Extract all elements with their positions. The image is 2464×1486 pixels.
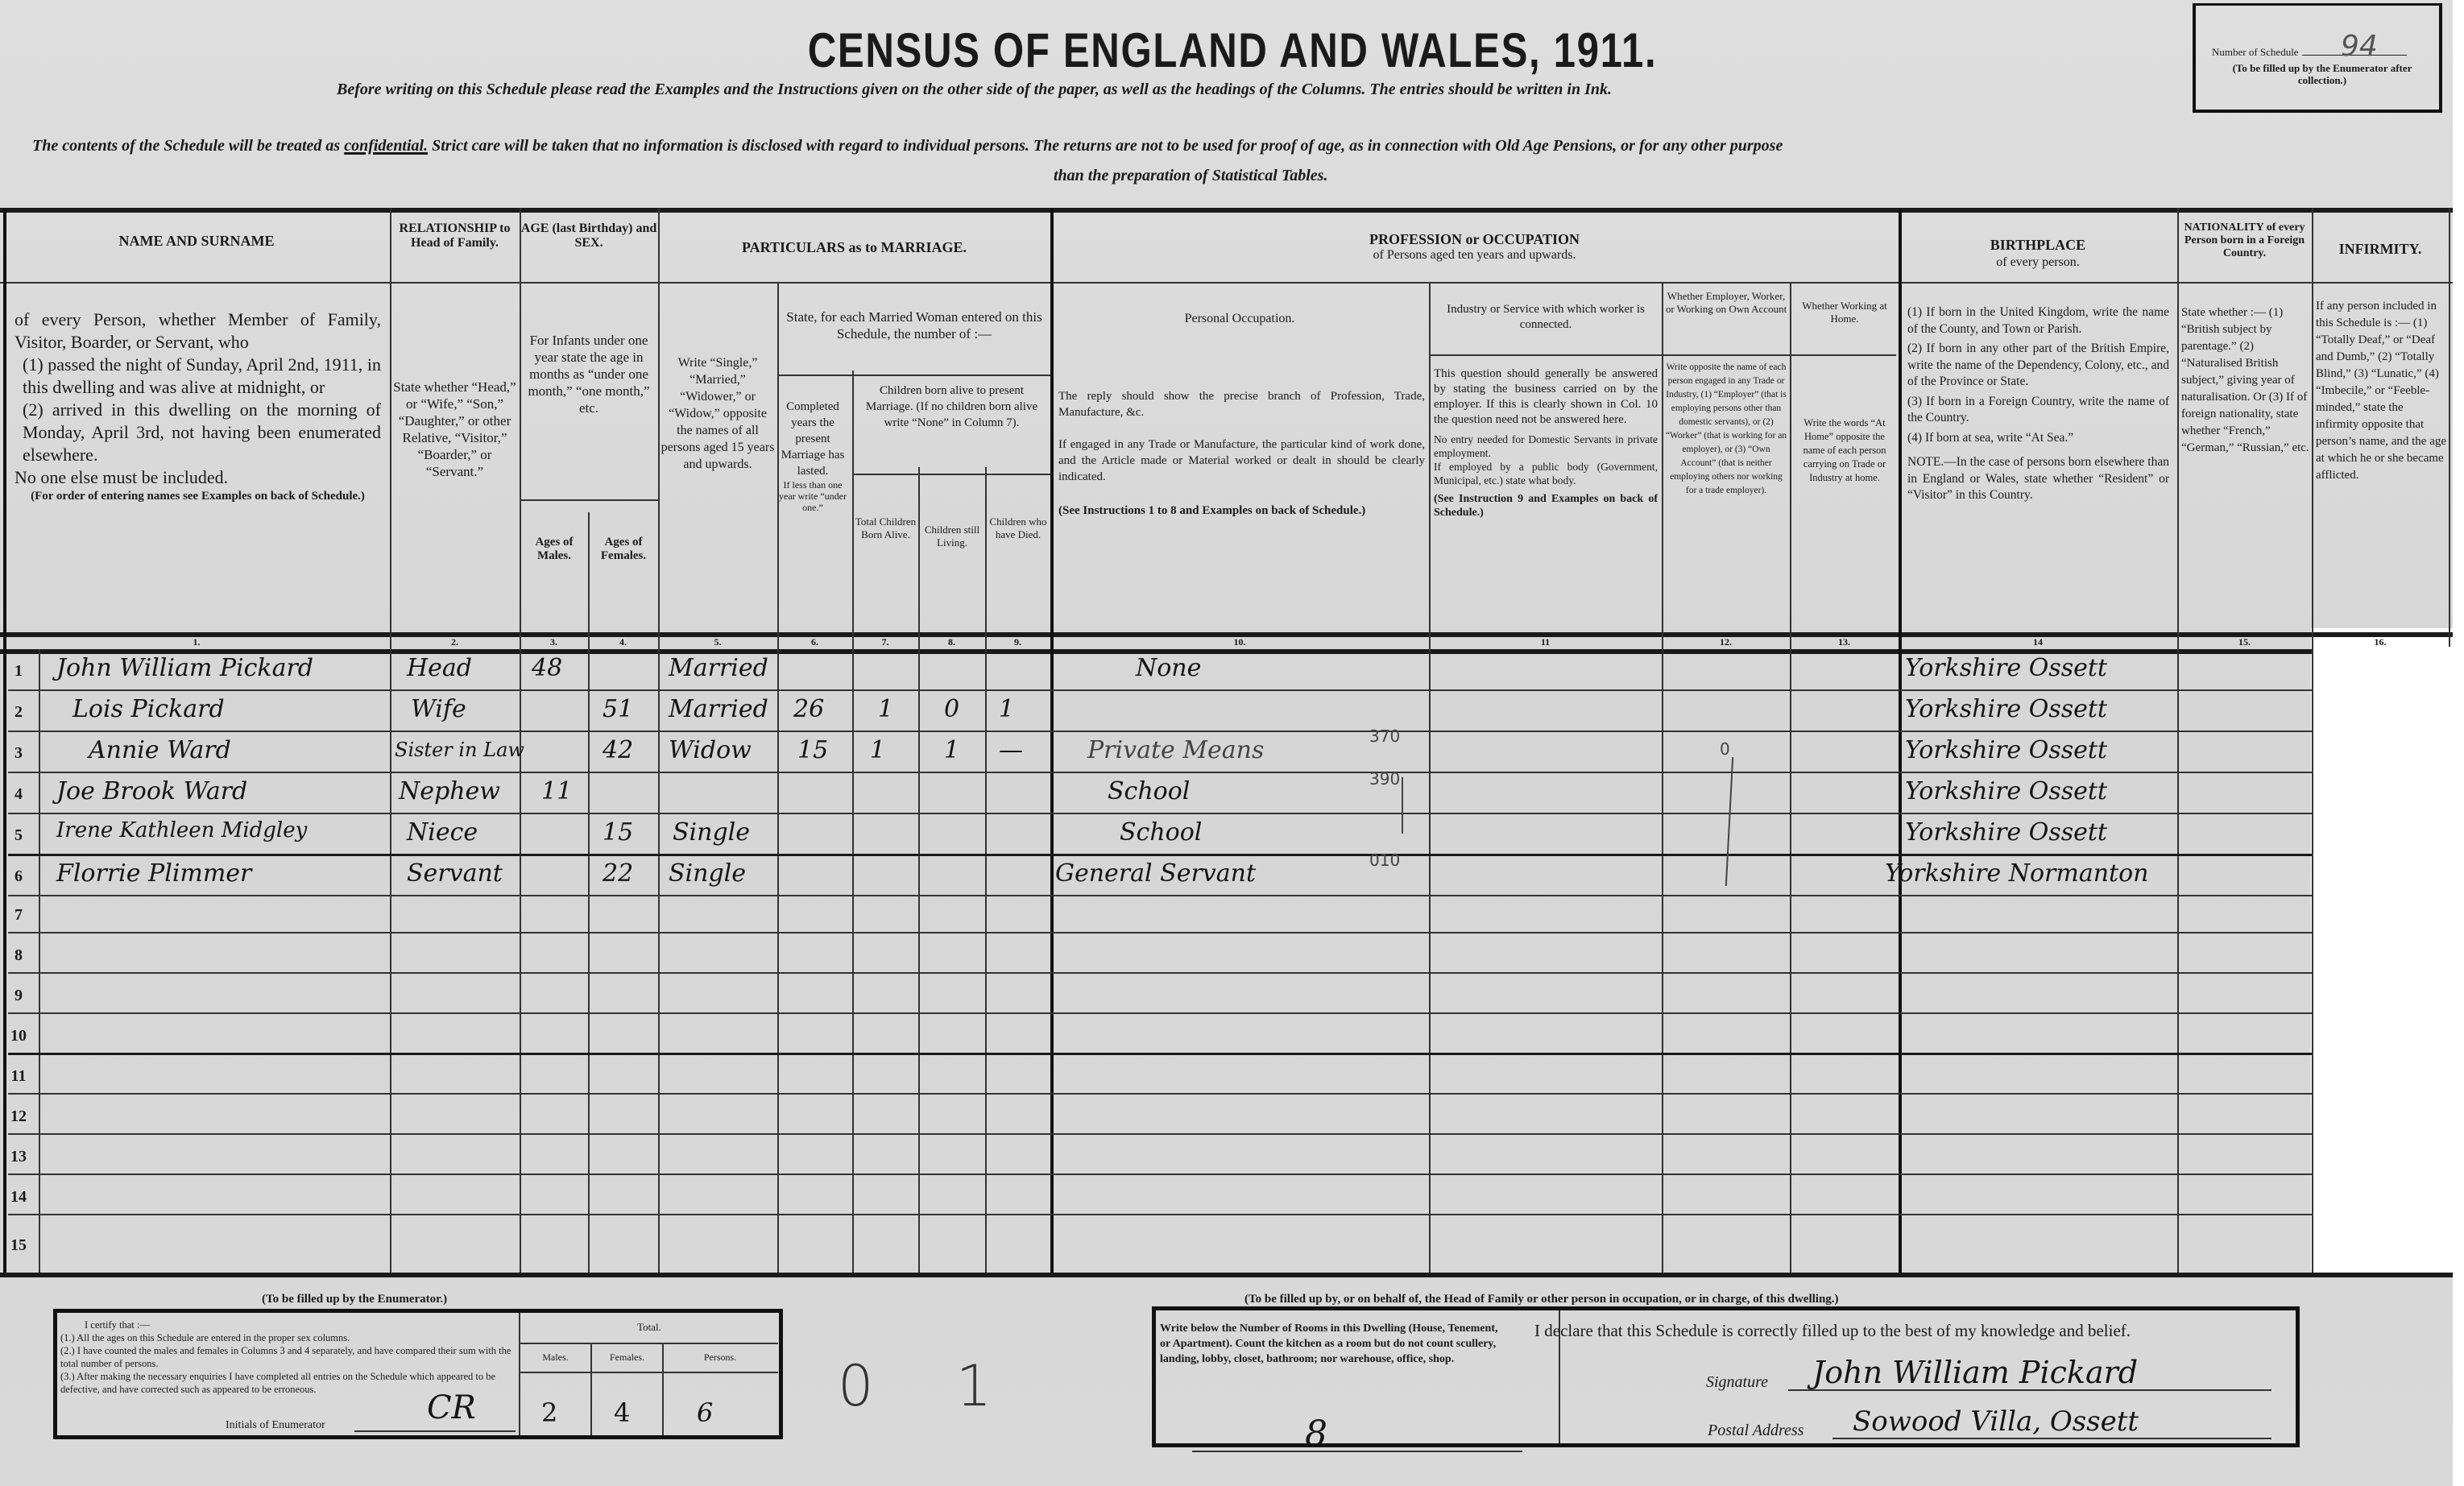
- confidential-line: The contents of the Schedule will be tre…: [32, 137, 1783, 155]
- row-rule: [8, 895, 2312, 896]
- row-rule: [8, 1093, 2312, 1095]
- total-females[interactable]: 4: [614, 1397, 630, 1428]
- marriage-sub-rule: [777, 375, 1050, 376]
- header-marriage: PARTICULARS as to MARRIAGE.: [658, 240, 1050, 255]
- enumerator-mark: [1402, 777, 1403, 834]
- right-border: [2449, 208, 2450, 647]
- total-persons[interactable]: 6: [697, 1397, 713, 1428]
- cell-age-female[interactable]: 51: [603, 695, 633, 723]
- column-number: 13.: [1790, 636, 1899, 648]
- column-number: 7.: [852, 636, 918, 648]
- row-number: 13: [6, 1148, 31, 1166]
- subheader-birthplace: of every person.: [1899, 255, 2177, 270]
- header-name: NAME AND SURNAME: [3, 234, 390, 248]
- cell-relationship[interactable]: Sister in Law: [395, 739, 524, 761]
- cell-marriage-years[interactable]: 26: [793, 695, 824, 723]
- cell-relationship[interactable]: Niece: [407, 818, 478, 846]
- column-number: 10.: [1050, 636, 1429, 648]
- cell-name[interactable]: Lois Pickard: [72, 695, 225, 723]
- industry-instructions: This question should generally be answer…: [1434, 366, 1658, 519]
- postal-address-label: Postal Address: [1708, 1422, 1803, 1440]
- nationality-instructions: State whether :— (1) “British subject by…: [2181, 304, 2310, 457]
- row-rule: [8, 731, 2312, 732]
- cell-name[interactable]: Florrie Plimmer: [56, 859, 251, 888]
- column-number: 15.: [2177, 636, 2312, 648]
- postal-address-value[interactable]: Sowood Villa, Ossett: [1853, 1405, 2139, 1438]
- row-number: 10: [6, 1027, 31, 1045]
- header-birthplace: BIRTHPLACE: [1899, 238, 2177, 252]
- col-divider: [985, 467, 987, 1275]
- cell-marriage-years[interactable]: 15: [797, 736, 828, 764]
- name-instructions: of every Person, whether Member of Famil…: [14, 308, 381, 503]
- row-rule: [8, 1214, 2312, 1215]
- row-number: 1: [6, 662, 31, 681]
- col-divider: [2312, 208, 2313, 1275]
- cell-age-female[interactable]: 22: [603, 859, 633, 888]
- totals-rule: [520, 1343, 778, 1344]
- cell-relationship[interactable]: Wife: [411, 695, 466, 723]
- cell-birthplace[interactable]: Yorkshire Ossett: [1905, 695, 2107, 723]
- marriage-years-label: Completed years the present Marriage has…: [774, 399, 851, 513]
- personal-occupation-label: Personal Occupation.: [1050, 310, 1429, 327]
- total-males[interactable]: 2: [541, 1397, 557, 1428]
- col-divider: [390, 208, 391, 1275]
- cell-marital-status[interactable]: Widow: [669, 736, 752, 764]
- confidential-word: confidential.: [344, 137, 428, 155]
- signature-value[interactable]: John William Pickard: [1812, 1355, 2138, 1390]
- cell-children-born[interactable]: 1: [878, 695, 893, 723]
- col-divider: [2177, 208, 2179, 1275]
- cell-name[interactable]: Irene Kathleen Midgley: [56, 818, 307, 842]
- males-label: Males.: [520, 1351, 590, 1364]
- personal-occupation-instructions: The reply should show the precise branch…: [1058, 388, 1425, 519]
- occupation-sub-rule: [1429, 354, 1896, 356]
- row-rule: [8, 1053, 2312, 1055]
- cell-marital-status[interactable]: Single: [669, 859, 746, 888]
- cell-occupation-code: 010: [1369, 851, 1400, 870]
- cell-marital-status[interactable]: Married: [669, 654, 768, 682]
- cell-occupation-code: 370: [1369, 726, 1400, 746]
- cell-children-living[interactable]: 0: [944, 695, 959, 723]
- margin-annotation: 0 1: [838, 1353, 1024, 1419]
- column-number: 8.: [918, 636, 985, 648]
- birthplace-instructions: (1) If born in the United Kingdom, write…: [1907, 304, 2169, 504]
- subheader-occupation: of Persons aged ten years and upwards.: [1050, 248, 1899, 263]
- column-number: 9.: [985, 636, 1050, 648]
- row-rule: [8, 854, 2312, 856]
- schedule-number[interactable]: 94: [2341, 30, 2378, 63]
- enumerator-section-title: (To be filled up by the Enumerator.): [262, 1293, 447, 1306]
- col-divider: [852, 370, 854, 1275]
- cell-occupation[interactable]: Private Means: [1087, 736, 1264, 764]
- head-of-family-section-title: (To be filled up by, or on behalf of, th…: [1244, 1293, 1839, 1306]
- cell-birthplace[interactable]: Yorkshire Normanton: [1885, 859, 2148, 888]
- number-of-rooms[interactable]: 8: [1305, 1414, 1327, 1455]
- column-number: 6.: [777, 636, 852, 648]
- total-label: Total.: [520, 1321, 778, 1334]
- cell-relationship[interactable]: Head: [407, 654, 472, 682]
- row-rule: [8, 1133, 2312, 1135]
- row-number-divider: [39, 649, 40, 1275]
- row-number: 3: [6, 744, 31, 763]
- col-divider: [1899, 208, 1902, 1275]
- cell-children-died[interactable]: 1: [999, 695, 1014, 723]
- column-number: 1.: [3, 636, 390, 648]
- col-divider: [1429, 282, 1431, 1275]
- page-margin: [2311, 628, 2464, 1273]
- row-number: 15: [6, 1236, 31, 1255]
- column-number: 16.: [2312, 636, 2449, 648]
- row-rule: [8, 1173, 2312, 1175]
- col-divider: [1790, 282, 1791, 1275]
- column-number: 14: [1899, 636, 2177, 648]
- col-divider: [658, 208, 660, 1275]
- header-nationality: NATIONALITY of every Person born in a Fo…: [2177, 221, 2312, 260]
- cell-age-female[interactable]: 15: [603, 818, 633, 846]
- married-woman-instructions: State, for each Married Woman entered on…: [780, 308, 1049, 342]
- employer-label: Whether Employer, Worker, or Working on …: [1663, 290, 1789, 316]
- enumerator-certificate-text: I certify that :— (1.) All the ages on t…: [60, 1318, 511, 1396]
- col-divider: [588, 512, 590, 1275]
- age-instructions: For Infants under one year state the age…: [522, 332, 656, 416]
- cell-occupation-code: 390: [1369, 769, 1400, 789]
- cell-birthplace[interactable]: Yorkshire Ossett: [1905, 736, 2107, 764]
- relationship-instructions: State whether “Head,” or “Wife,” “Son,” …: [393, 379, 516, 480]
- industry-label: Industry or Service with which worker is…: [1431, 302, 1660, 333]
- row-number: 4: [6, 785, 31, 804]
- column-number: 4.: [588, 636, 658, 648]
- page-edge: [2453, 0, 2464, 1486]
- column-number: 5.: [658, 636, 777, 648]
- row-number: 6: [6, 867, 31, 886]
- ages-of-males-label: Ages of Males.: [522, 536, 586, 563]
- cell-occupation[interactable]: School: [1108, 777, 1190, 805]
- row-rule: [8, 689, 2312, 691]
- table-top-rule: [0, 208, 2453, 213]
- ages-of-females-label: Ages of Females.: [590, 536, 656, 563]
- header-age: AGE (last Birthday) and SEX.: [520, 221, 658, 250]
- row-number: 9: [6, 987, 31, 1005]
- cell-name[interactable]: Annie Ward: [89, 736, 231, 764]
- signature-label: Signature: [1706, 1373, 1768, 1392]
- initials-label: Initials of Enumerator: [226, 1419, 325, 1432]
- cell-birthplace[interactable]: Yorkshire Ossett: [1905, 818, 2107, 846]
- instruction-line: Before writing on this Schedule please r…: [337, 81, 1612, 99]
- marriage-status-instructions: Write “Single,” “Married,” “Widower,” or…: [661, 354, 775, 473]
- cell-name[interactable]: Joe Brook Ward: [56, 777, 247, 805]
- children-instructions: Children born alive to present Marriage.…: [855, 383, 1049, 431]
- cell-children-died[interactable]: —: [999, 736, 1023, 764]
- col-divider: [1662, 282, 1663, 1275]
- schedule-number-box: Number of Schedule 94 (To be filled up b…: [2193, 3, 2442, 113]
- header-infirmity: INFIRMITY.: [2312, 242, 2449, 256]
- cell-name[interactable]: John William Pickard: [56, 654, 313, 682]
- page-title: CENSUS OF ENGLAND AND WALES, 1911.: [803, 23, 1662, 78]
- row-number: 7: [6, 906, 31, 925]
- cell-birthplace[interactable]: Yorkshire Ossett: [1905, 777, 2107, 805]
- cell-marital-status[interactable]: Single: [673, 818, 750, 846]
- children-living-label: Children still Living.: [920, 524, 984, 549]
- employer-instructions: Write opposite the name of each person e…: [1664, 361, 1788, 498]
- column-number: 2.: [390, 636, 520, 648]
- cell-age-male[interactable]: 11: [541, 777, 572, 805]
- enumerator-initials[interactable]: CR: [427, 1389, 476, 1426]
- working-at-home-label: Whether Working at Home.: [1791, 300, 1898, 325]
- row-rule: [8, 772, 2312, 773]
- cell-age-male[interactable]: 48: [532, 654, 562, 682]
- column-number: 11: [1429, 636, 1662, 648]
- cell-age-female[interactable]: 42: [603, 736, 633, 764]
- column-number: 12.: [1662, 636, 1790, 648]
- row-number: 8: [6, 946, 31, 965]
- cell-relationship[interactable]: Servant: [407, 859, 503, 888]
- col-divider: [1050, 208, 1054, 1275]
- rooms-instructions: Write below the Number of Rooms in this …: [1160, 1321, 1510, 1367]
- col-divider: [918, 467, 920, 1275]
- row-rule: [8, 813, 2312, 814]
- declaration-text: I declare that this Schedule is correctl…: [1534, 1321, 2131, 1341]
- totals-rule: [520, 1372, 778, 1373]
- cell-children-living[interactable]: 1: [944, 736, 959, 764]
- infirmity-instructions: If any person included in this Schedule …: [2316, 298, 2447, 484]
- cell-children-born[interactable]: 1: [870, 736, 885, 764]
- children-died-label: Children who have Died.: [987, 515, 1050, 541]
- working-at-home-instructions: Write the words “At Home” opposite the n…: [1793, 416, 1896, 485]
- address-line: [1832, 1438, 2271, 1439]
- confidential-line-2: than the preparation of Statistical Tabl…: [1054, 167, 1327, 185]
- initials-line: [354, 1430, 516, 1432]
- header-relationship: RELATIONSHIP to Head of Family.: [390, 221, 520, 250]
- header-rule: [0, 282, 2453, 284]
- cell-occupation[interactable]: School: [1120, 818, 1202, 846]
- row-number: 5: [6, 826, 31, 845]
- cell-employer-mark: 0: [1720, 739, 1730, 759]
- persons-label: Persons.: [664, 1351, 776, 1364]
- cell-birthplace[interactable]: Yorkshire Ossett: [1905, 654, 2107, 682]
- cell-occupation[interactable]: None: [1136, 654, 1201, 682]
- females-label: Females.: [592, 1351, 662, 1364]
- column-number: 3.: [520, 636, 588, 648]
- row-number: 11: [6, 1067, 31, 1086]
- rooms-line: [1192, 1451, 1522, 1452]
- children-sub-rule: [852, 474, 1050, 475]
- cell-marital-status[interactable]: Married: [669, 695, 768, 723]
- row-rule: [8, 972, 2312, 974]
- row-number: 2: [6, 703, 31, 722]
- row-number: 14: [6, 1188, 31, 1207]
- cell-relationship[interactable]: Nephew: [399, 777, 500, 805]
- row-number: 12: [6, 1107, 31, 1126]
- cell-occupation[interactable]: General Servant: [1055, 859, 1256, 888]
- header-occupation: PROFESSION or OCCUPATION: [1050, 232, 1899, 246]
- total-children-label: Total Children Born Alive.: [854, 515, 917, 541]
- row-rule: [8, 1012, 2312, 1014]
- table-bottom-rule: [0, 1273, 2453, 1277]
- row-rule: [8, 932, 2312, 933]
- age-sub-rule: [520, 499, 658, 501]
